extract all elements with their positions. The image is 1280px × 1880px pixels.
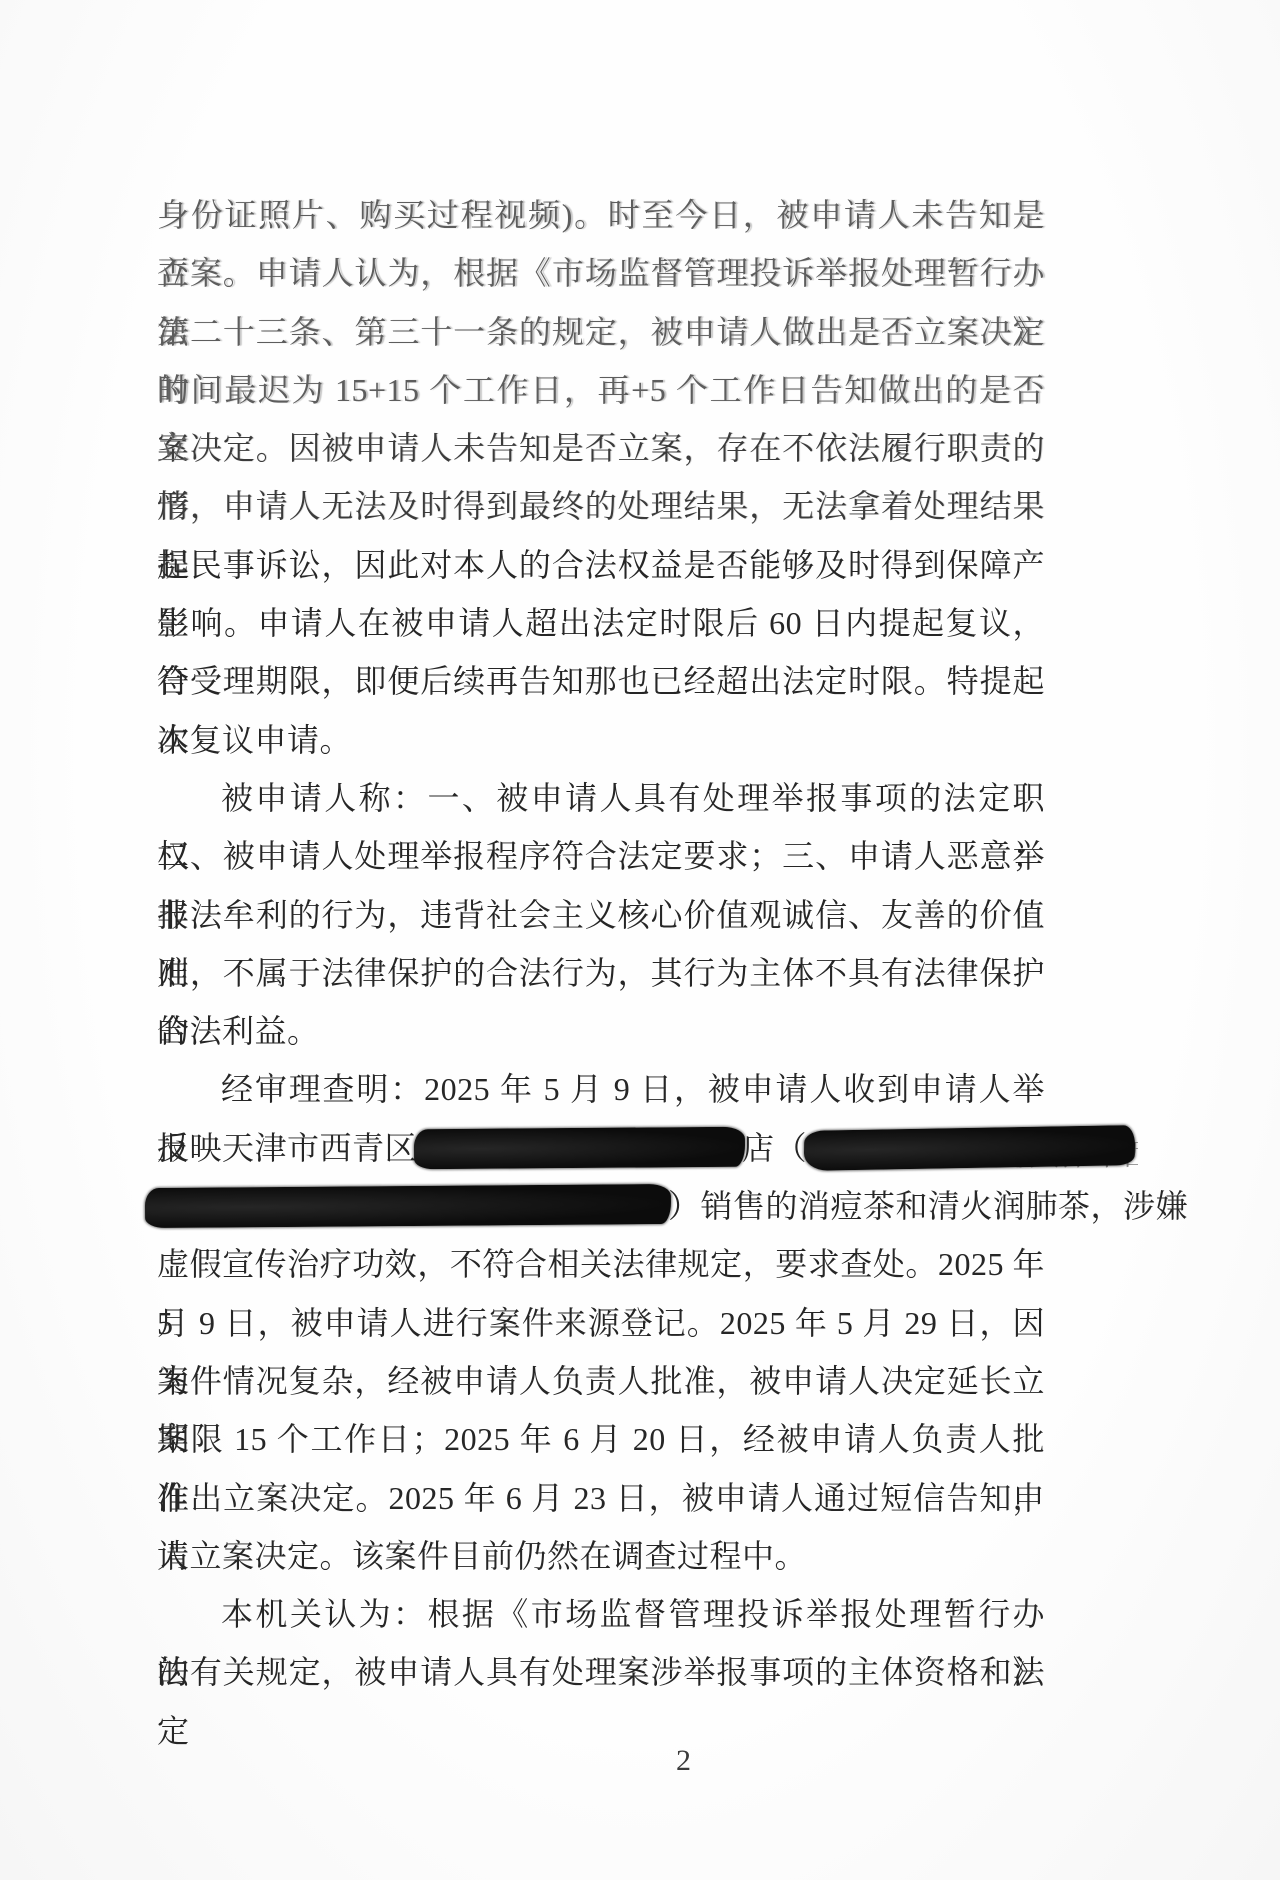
text-line: 人立案决定。该案件目前仍然在调查过程中。 <box>157 1527 1045 1585</box>
text-segment: ）销售的消痘茶和清火润肺茶，涉嫌 <box>668 1177 1188 1235</box>
redaction-bar: 青区纯臻长养按摩销售铺 <box>148 1183 668 1229</box>
text-line: 本机关认为：根据《市场监督管理投诉举报处理暂行办法》 <box>157 1585 1045 1643</box>
text-line: 月 9 日，被申请人进行案件来源登记。2025 年 5 月 29 日，因为 <box>157 1294 1045 1352</box>
text-line: 时间最迟为 15+15 个工作日，再+5 个工作日告知做出的是否立 <box>157 361 1045 419</box>
page-number: 2 <box>676 1744 691 1778</box>
text-segment: 反映天津市西青区 <box>157 1119 417 1177</box>
text-line: 二、被申请人处理举报程序符合法定要求；三、申请人恶意举报 <box>157 827 1045 885</box>
text-line: 虚假宣传治疗功效，不符合相关法律规定，要求查处。2025 年 5 <box>157 1235 1045 1293</box>
text-line: 起民事诉讼，因此对本人的合法权益是否能够及时得到保障产生 <box>157 536 1045 594</box>
text-line: 身份证照片、购买过程视频)。时至今日，被申请人未告知是否 <box>157 186 1045 244</box>
text-line: 的有关规定，被申请人具有处理案涉举报事项的主体资格和法定 <box>157 1643 1045 1701</box>
text-line: 合受理期限，即便后续再告知那也已经超出法定时限。特提起本 <box>157 652 1045 710</box>
text-line: 形，申请人无法及时得到最终的处理结果，无法拿着处理结果提 <box>157 477 1045 535</box>
text-block: 身份证照片、购买过程视频)。时至今日，被申请人未告知是否立案。申请人认为，根据《… <box>157 186 1045 1702</box>
redaction-bar <box>417 1125 742 1171</box>
redacted-text-line: 反映天津市西青区店（营业执照名称为天津市西 <box>157 1119 1132 1177</box>
text-line: 作出立案决定。2025 年 6 月 23 日，被申请人通过短信告知申请 <box>157 1469 1045 1527</box>
text-line: 案件情况复杂，经被申请人负责人批准，被申请人决定延长立案 <box>157 1352 1045 1410</box>
text-line: 案决定。因被申请人未告知是否立案，存在不依法履行职责的情 <box>157 419 1045 477</box>
document-page: 身份证照片、购买过程视频)。时至今日，被申请人未告知是否立案。申请人认为，根据《… <box>0 0 1280 1880</box>
text-line: 经审理查明：2025 年 5 月 9 日，被申请人收到申请人举报， <box>157 1060 1045 1118</box>
redacted-text-line: 青区纯臻长养按摩销售铺）销售的消痘茶和清火润肺茶，涉嫌 <box>148 1177 1188 1235</box>
redaction-bar: 营业执照名称为天津市西 <box>807 1125 1132 1171</box>
text-line: 则，不属于法律保护的合法行为，其行为主体不具有法律保护的 <box>157 944 1045 1002</box>
text-segment: 店（ <box>742 1119 807 1177</box>
text-line: 合法利益。 <box>157 1002 1045 1060</box>
text-line: 立案。申请人认为，根据《市场监督管理投诉举报处理暂行办法》 <box>157 244 1045 302</box>
text-line: 次复议申请。 <box>157 711 1045 769</box>
text-line: 非法牟利的行为，违背社会主义核心价值观诚信、友善的价值准 <box>157 886 1045 944</box>
text-line: 被申请人称：一、被申请人具有处理举报事项的法定职权； <box>157 769 1045 827</box>
text-line: 第二十三条、第三十一条的规定，被申请人做出是否立案决定的 <box>157 303 1045 361</box>
text-line: 影响。申请人在被申请人超出法定时限后 60 日内提起复议，符 <box>157 594 1045 652</box>
text-line: 期限 15 个工作日；2025 年 6 月 20 日，经被申请人负责人批准， <box>157 1410 1045 1468</box>
